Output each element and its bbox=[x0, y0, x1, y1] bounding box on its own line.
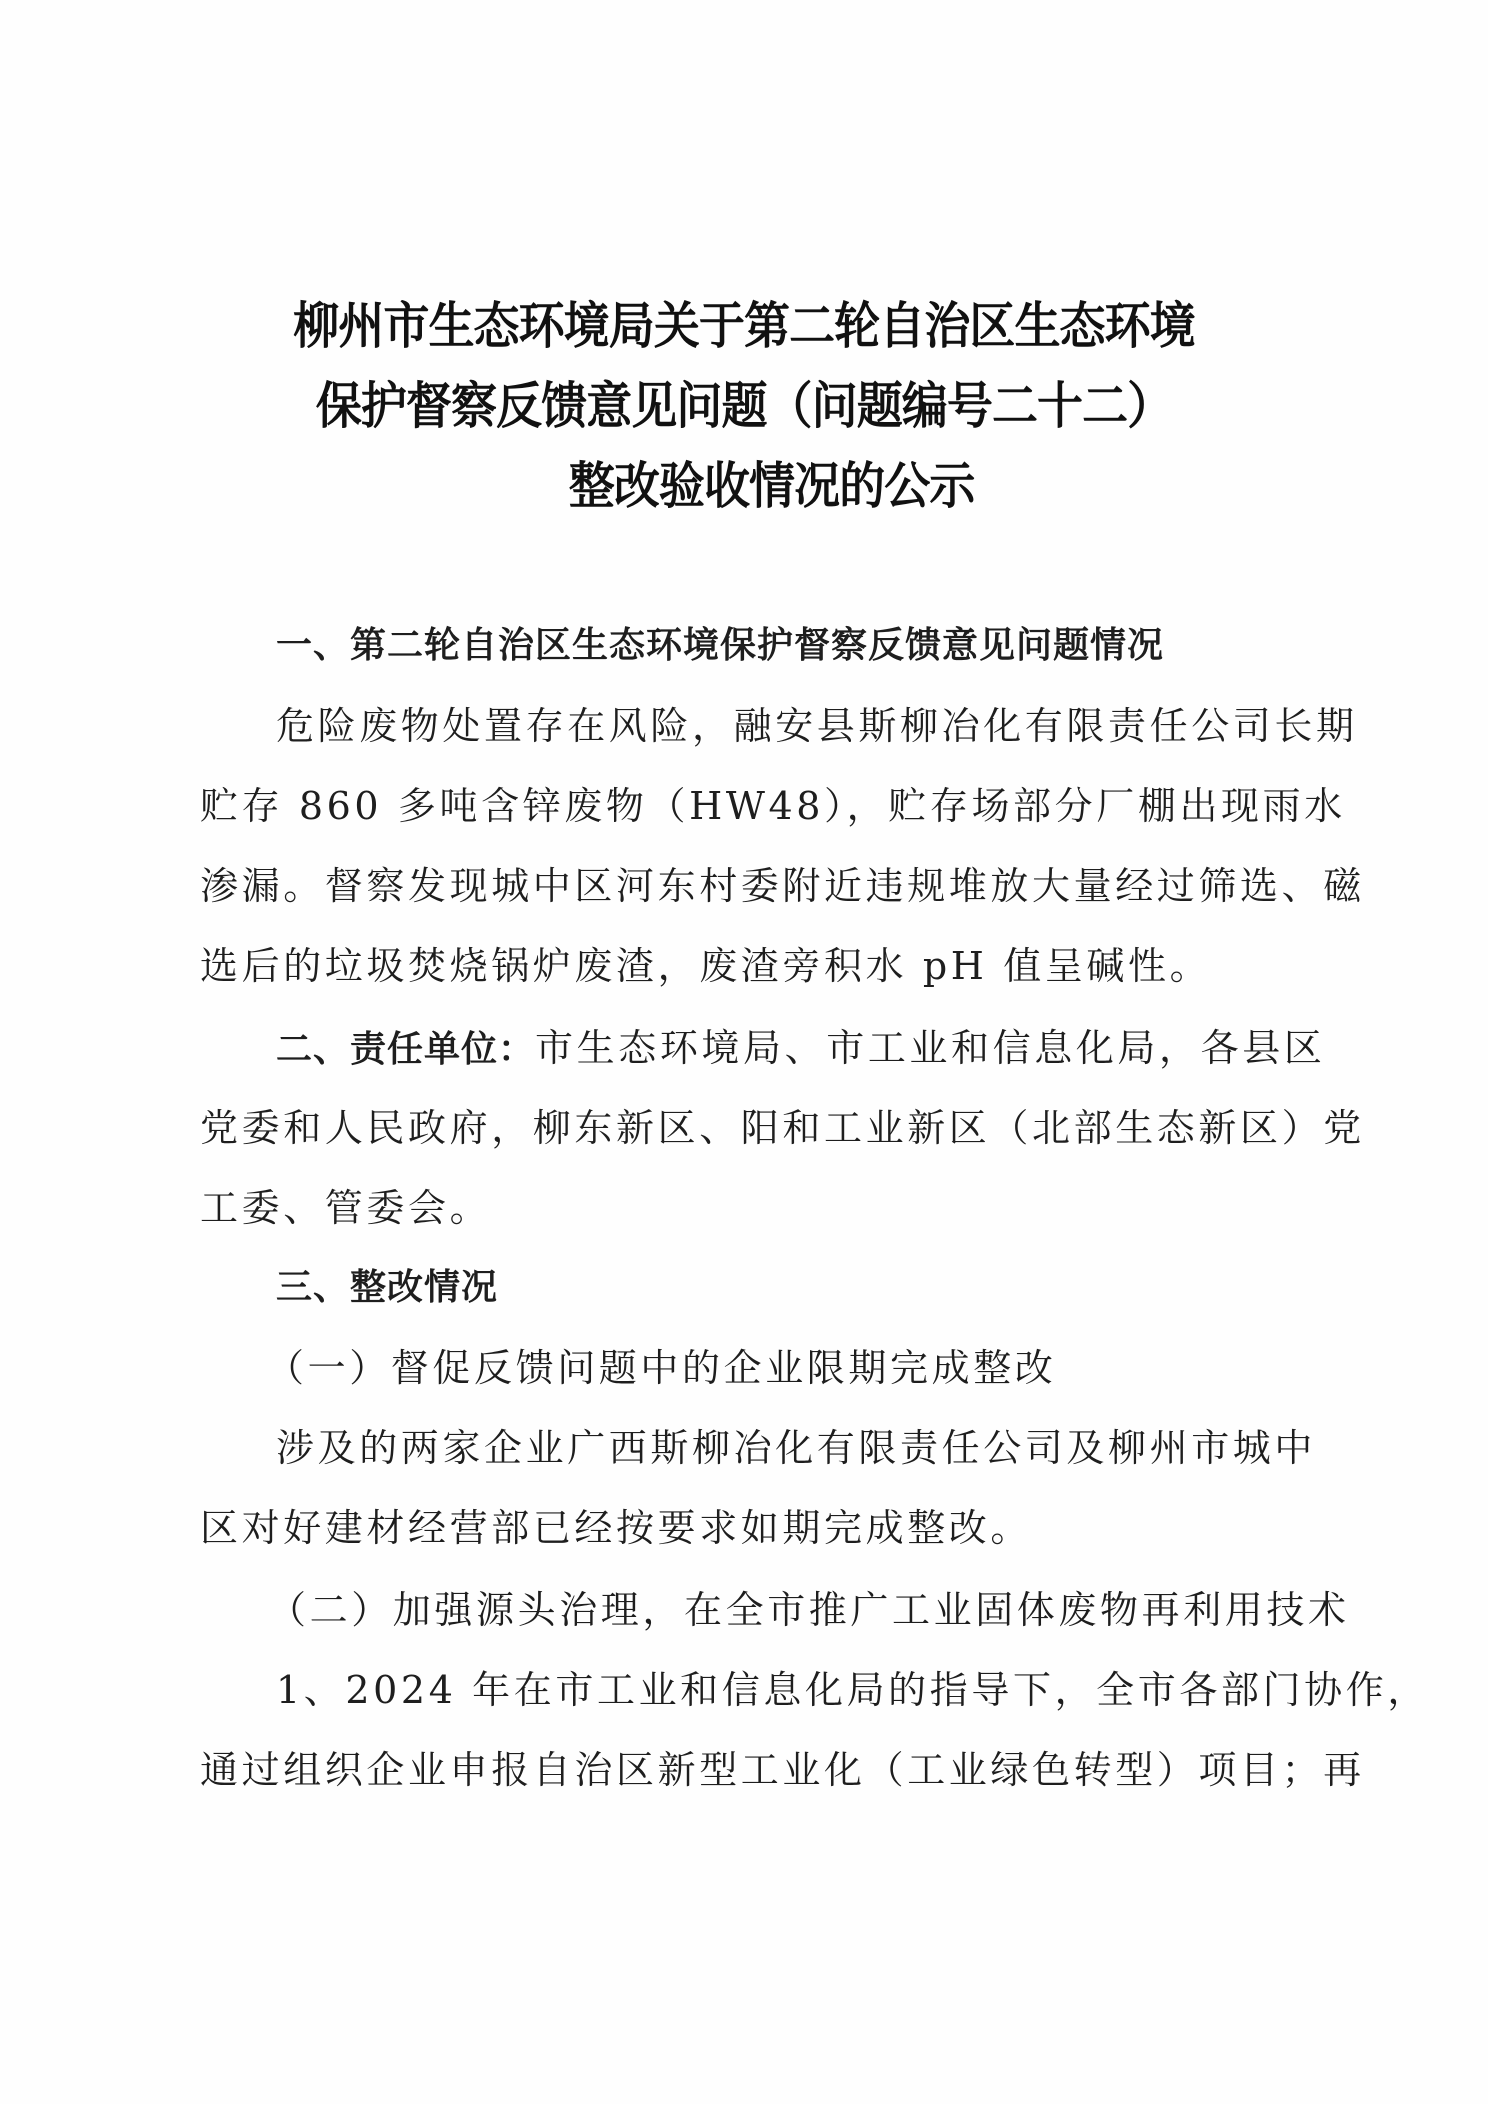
document-title-line-2: 保护督察反馈意见问题（问题编号二十二） bbox=[60, 366, 1429, 446]
section-2-text: 市生态环境局、市工业和信息化局，各县区 bbox=[535, 1026, 1325, 1070]
section-3-sub-1-line: 涉及的两家企业广西斯柳冶化有限责任公司及柳州市城中 bbox=[276, 1408, 1306, 1488]
section-1-paragraph-line: 贮存 860 多吨含锌废物（HW48），贮存场部分厂棚出现雨水 bbox=[200, 766, 1306, 846]
section-3-sub-2-heading: （二）加强源头治理，在全市推广工业固体废物再利用技术 bbox=[268, 1570, 1306, 1650]
section-3-sub-1-heading: （一）督促反馈问题中的企业限期完成整改 bbox=[266, 1328, 1296, 1408]
section-1-paragraph-line: 危险废物处置存在风险，融安县斯柳冶化有限责任公司长期 bbox=[276, 686, 1306, 766]
section-1-paragraph-line: 选后的垃圾焚烧锅炉废渣，废渣旁积水 pH 值呈碱性。 bbox=[200, 926, 1306, 1006]
section-1-heading: 一、第二轮自治区生态环境保护督察反馈意见问题情况 bbox=[276, 606, 1306, 686]
section-3-sub-2-line: 通过组织企业申报自治区新型工业化（工业绿色转型）项目；再 bbox=[200, 1730, 1306, 1810]
section-2-line: 工委、管委会。 bbox=[200, 1168, 1306, 1248]
section-2-label: 二、责任单位： bbox=[276, 1029, 535, 1070]
section-2-line: 党委和人民政府，柳东新区、阳和工业新区（北部生态新区）党 bbox=[200, 1088, 1306, 1168]
section-2-line: 二、责任单位：市生态环境局、市工业和信息化局，各县区 bbox=[276, 1008, 1306, 1090]
section-3-sub-2-line: 1、2024 年在市工业和信息化局的指导下，全市各部门协作， bbox=[276, 1650, 1306, 1730]
section-3-sub-1-line: 区对好建材经营部已经按要求如期完成整改。 bbox=[200, 1488, 1306, 1568]
document-title-line-1: 柳州市生态环境局关于第二轮自治区生态环境 bbox=[60, 286, 1429, 366]
document-title-line-3: 整改验收情况的公示 bbox=[60, 446, 1429, 526]
document-page: 柳州市生态环境局关于第二轮自治区生态环境 保护督察反馈意见问题（问题编号二十二）… bbox=[0, 0, 1488, 2104]
section-3-heading: 三、整改情况 bbox=[276, 1248, 1306, 1328]
section-1-paragraph-line: 渗漏。督察发现城中区河东村委附近违规堆放大量经过筛选、磁 bbox=[200, 846, 1306, 926]
